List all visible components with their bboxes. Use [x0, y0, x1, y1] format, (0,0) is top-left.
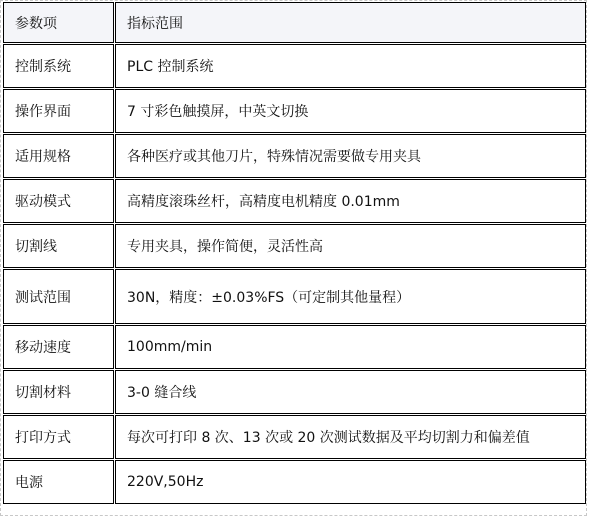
param-cell: 移动速度 — [3, 325, 114, 369]
value-cell: 高精度滚珠丝杆，高精度电机精度 0.01mm — [115, 179, 586, 223]
value-cell: 30N，精度：±0.03%FS（可定制其他量程） — [115, 269, 586, 324]
param-cell: 操作界面 — [3, 89, 114, 133]
param-cell: 切割线 — [3, 224, 114, 268]
param-cell: 测试范围 — [3, 269, 114, 324]
param-cell: 电源 — [3, 460, 114, 504]
table-row: 切割线 专用夹具，操作简便，灵活性高 — [3, 224, 586, 268]
spec-table: 参数项 指标范围 控制系统 PLC 控制系统 操作界面 7 寸彩色触摸屏，中英文… — [2, 1, 587, 505]
table-row: 控制系统 PLC 控制系统 — [3, 44, 586, 88]
value-cell: 100mm/min — [115, 325, 586, 369]
param-cell: 驱动模式 — [3, 179, 114, 223]
table-row: 操作界面 7 寸彩色触摸屏，中英文切换 — [3, 89, 586, 133]
value-cell: 7 寸彩色触摸屏，中英文切换 — [115, 89, 586, 133]
header-param: 参数项 — [3, 2, 114, 43]
table-row: 驱动模式 高精度滚珠丝杆，高精度电机精度 0.01mm — [3, 179, 586, 223]
param-cell: 适用规格 — [3, 134, 114, 178]
table-row: 适用规格 各种医疗或其他刀片，特殊情况需要做专用夹具 — [3, 134, 586, 178]
value-cell: 每次可打印 8 次、13 次或 20 次测试数据及平均切割力和偏差值 — [115, 415, 586, 459]
table-row: 测试范围 30N，精度：±0.03%FS（可定制其他量程） — [3, 269, 586, 324]
value-cell: 3-0 缝合线 — [115, 370, 586, 414]
table-header-row: 参数项 指标范围 — [3, 2, 586, 43]
table-row: 移动速度 100mm/min — [3, 325, 586, 369]
value-cell: 220V,50Hz — [115, 460, 586, 504]
value-cell: 各种医疗或其他刀片，特殊情况需要做专用夹具 — [115, 134, 586, 178]
table-row: 电源 220V,50Hz — [3, 460, 586, 504]
param-cell: 控制系统 — [3, 44, 114, 88]
param-cell: 切割材料 — [3, 370, 114, 414]
value-cell: PLC 控制系统 — [115, 44, 586, 88]
table-row: 打印方式 每次可打印 8 次、13 次或 20 次测试数据及平均切割力和偏差值 — [3, 415, 586, 459]
table-row: 切割材料 3-0 缝合线 — [3, 370, 586, 414]
param-cell: 打印方式 — [3, 415, 114, 459]
value-cell: 专用夹具，操作简便，灵活性高 — [115, 224, 586, 268]
header-value: 指标范围 — [115, 2, 586, 43]
